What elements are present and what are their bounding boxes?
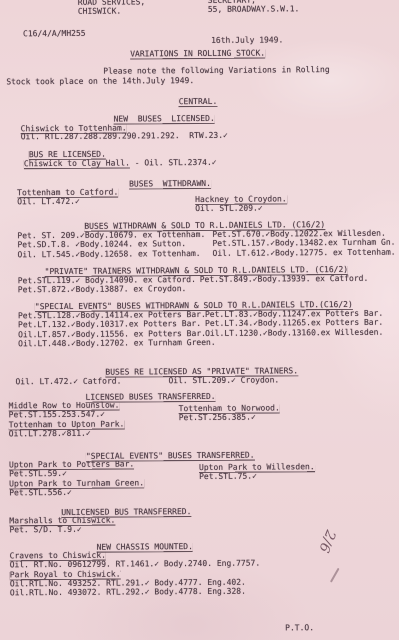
- unlicensed-transferred-lines: Marshalls to Chiswick. Pet. S/D. T.9.✓: [9, 516, 115, 535]
- chassis-entry: Oil.RTL.No. 493072. RTL.292.✓ Body.4778.…: [10, 587, 246, 598]
- handwritten-margin-note: 2/6: [315, 528, 338, 555]
- licensed-transferred-left: Middle Row to Hounslow. Pet.ST.155.253.5…: [9, 401, 125, 439]
- fleet-detail-withdrawn-right: Oil. STL.209.✓: [195, 204, 263, 214]
- memo-content: ROAD SERVICES, CHISWICK. SECRETARY, 55, …: [0, 0, 399, 640]
- special-transferred-right: Upton Park to Willesden. Pet.STL.75.✓: [199, 462, 315, 481]
- relicensed-trainers-row: Oil. LT.472.✓ Catford. Oil. STL.209.✓ Cr…: [15, 375, 279, 386]
- special-events-sold-rows: Pet.STL.128.✓Body.14114.ex Potters Bar. …: [18, 309, 383, 349]
- fleet-detail-withdrawn-left: Oil. LT.472.✓: [17, 197, 80, 207]
- fleet-entry: Oil.LT.278.✓811.✓: [9, 429, 91, 439]
- reference-number: C16/4/A/MH255: [23, 29, 86, 38]
- route-chiswick-to-clay-hall: Chiswick to Clay Hall. - Oil. STL.2374.✓: [24, 158, 217, 168]
- private-trainers-rows: Pet.STL.119.✓ Body.14090. ex Catford. Pe…: [18, 274, 369, 295]
- fleet-detail-relicensed: - Oil. STL.2374.✓: [130, 158, 217, 168]
- licensed-transferred-right: Tottenham to Norwood. Pet.ST.256.385.✓: [179, 403, 280, 422]
- fleet-row: Pet.ST.872.✓Body.13887. ex Croydon.: [18, 283, 369, 295]
- addr-line-2: 55, BROADWAY.S.W.1.: [208, 5, 300, 15]
- section-heading-buses-withdrawn: BUSES WITHDRAWN.: [129, 179, 211, 189]
- intro-line-1: Please note the following Variations in …: [103, 65, 329, 76]
- chassis-entry: Oil. RT.No. 09612799. RT.1461.✓ Body.274…: [10, 559, 261, 570]
- region-heading: CENTRAL.: [0, 96, 398, 108]
- special-transferred-left: Upton Park to Potters Bar. Pet.STL.59.✓ …: [9, 459, 144, 497]
- withdrawn-right-column: Hackney to Croydon. Oil. STL.209.✓: [195, 194, 287, 213]
- withdrawn-sold-rows: Pet. ST. 209.✓Body.10679. ex Tottenham. …: [17, 229, 395, 260]
- route-upton-park-to-turnham-green: Upton Park to Turnham Green.: [9, 478, 144, 488]
- fleet-entry: Pet.ST.256.385.✓: [179, 413, 256, 423]
- fleet-entry: Oil. LT.612.✓Body.12775. ex Tottenham.: [213, 247, 396, 258]
- route-tottenham-to-upton-park: Tottenham to Upton Park.: [9, 419, 125, 429]
- fleet-entry: Oil.LT.1230.✓Body.13160.ex Willesden.: [205, 327, 383, 338]
- fleet-row: Oil. LT.545.✓Body.12658. ex Tottenham. O…: [18, 247, 396, 259]
- intro-line-2: Stock took place on the 14th.July 1949.: [6, 76, 194, 86]
- document-date: 16th.July 1949.: [211, 35, 283, 45]
- fleet-entry: Pet.STL.556.✓: [9, 488, 72, 498]
- fleet-entry: Pet.ST.849.✓Body.13939. ex Catford.: [200, 274, 369, 285]
- pencil-stroke-mark: [330, 568, 339, 583]
- fleet-entry: Pet.ST.872.✓Body.13887. ex Croydon.: [18, 284, 200, 295]
- letterhead-address: SECRETARY, 55, BROADWAY.S.W.1.: [208, 0, 300, 15]
- withdrawn-left-column: Tottenham to Catford. Oil. LT.472.✓: [17, 188, 118, 207]
- fleet-entry: Pet.STL.59.✓: [9, 469, 67, 479]
- letterhead-department: ROAD SERVICES, CHISWICK.: [78, 0, 146, 16]
- page-title: VARIATIONS IN ROLLING STOCK.: [0, 48, 397, 60]
- fleet-entry: Oil. LT.472.✓ Catford.: [15, 376, 168, 386]
- dept-line-2: CHISWICK.: [78, 7, 121, 17]
- new-chassis-lines: Cravens to Chiswick. Oil. RT.No. 0961279…: [10, 550, 261, 598]
- section-heading-new-buses-licensed: NEW BUSES LICENSED.: [114, 114, 215, 124]
- fleet-entry: Oil.LT.448.✓Body.12702. ex Turnham Green…: [18, 338, 205, 349]
- fleet-entry: Oil. STL.209.✓ Croydon.: [168, 375, 279, 385]
- route-upton-park-to-potters-bar: Upton Park to Potters Bar.: [9, 459, 134, 469]
- scanned-memo-page: ROAD SERVICES, CHISWICK. SECRETARY, 55, …: [0, 0, 399, 640]
- fleet-row: Oil.LT.448.✓Body.12702. ex Turnham Green…: [18, 337, 383, 349]
- fleet-entry: Pet.STL.75.✓: [199, 472, 257, 482]
- fleet-detail-new-licensed: Oil. RTL.287.288.289.290.291.292. RTW.23…: [21, 131, 228, 141]
- pto-footer: P.T.O.: [285, 623, 314, 632]
- fleet-entry: Oil. LT.545.✓Body.12658. ex Tottenham.: [18, 249, 213, 260]
- fleet-entry: Pet. S/D. T.9.✓: [9, 525, 81, 535]
